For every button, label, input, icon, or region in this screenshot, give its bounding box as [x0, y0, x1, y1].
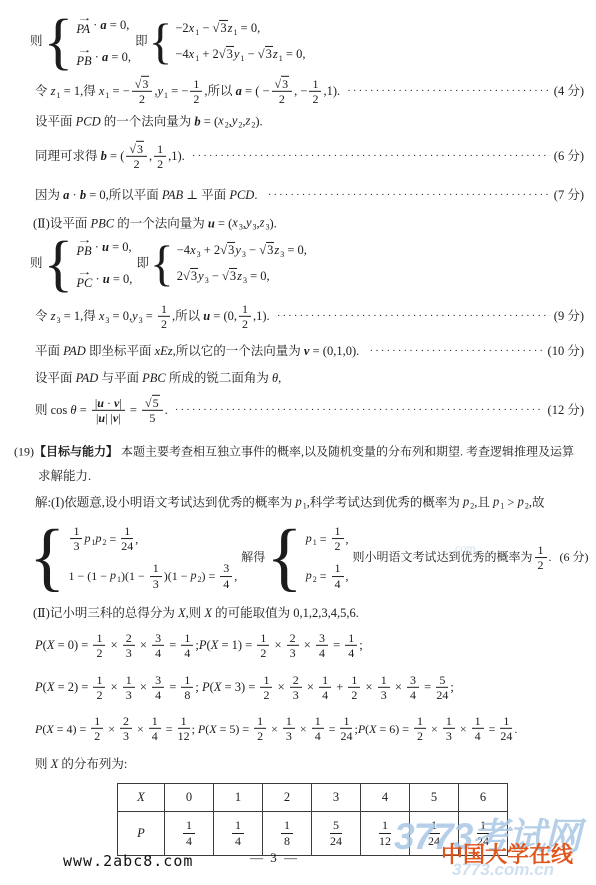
table-p-label: P: [118, 812, 165, 856]
fraction: 12: [254, 715, 266, 743]
text: ×: [301, 638, 314, 654]
text: 解:(Ⅰ)依题意,设小明语文考试达到优秀的概率为: [35, 495, 296, 511]
table-cell-x: 2: [263, 784, 312, 812]
page-number: — 3 —: [250, 850, 299, 866]
text: 则小明语文考试达到优秀的概率为: [350, 551, 533, 566]
text: = (: [215, 216, 232, 232]
sqrt: √3: [183, 269, 198, 285]
math-var: PBC: [142, 371, 166, 387]
text: ,科学考试达到优秀的概率为: [307, 495, 463, 511]
text: = 0,: [109, 309, 132, 325]
text: =: [486, 722, 499, 737]
text: (19): [14, 445, 34, 460]
math-var-sub: p1: [306, 531, 317, 548]
text: ).: [255, 114, 262, 130]
math-var: PBC: [90, 216, 114, 232]
vector-arrow: PB: [76, 237, 91, 260]
radicand: 3: [219, 20, 227, 35]
fraction: 12: [535, 544, 547, 572]
numerator: 1: [312, 715, 324, 729]
math-var: PCD: [229, 188, 254, 204]
text-line-l15: {13p1p2 = 124,1 − (1 − p1)(1 − 13)(1 − p…: [28, 520, 584, 596]
sqrt: √3: [220, 243, 235, 259]
text: ).: [270, 216, 277, 232]
text: =: [166, 638, 179, 654]
text: = 0,: [109, 240, 132, 256]
text: ,所以它的一个法向量为: [173, 344, 304, 360]
text-line-l9: 平面 PAD 即坐标平面 xEz,所以它的一个法向量为 v = (0,1,0).…: [35, 344, 584, 360]
fraction: 12: [190, 78, 202, 106]
numerator: √5: [142, 397, 163, 411]
radicand: 3: [229, 268, 237, 283]
bold-text: 【目标与能力】: [34, 445, 118, 460]
text: 平面: [35, 344, 63, 360]
math-var: xEz: [155, 344, 173, 360]
text: ×: [297, 722, 310, 737]
denominator: 2: [257, 729, 263, 743]
fraction: 23: [120, 715, 132, 743]
numerator: 1: [319, 674, 331, 688]
math-var-sub: z3: [237, 268, 247, 285]
denominator: 4: [235, 834, 241, 848]
math-var: P: [35, 722, 42, 737]
denominator: 3: [290, 646, 296, 660]
sqrt: √3: [222, 269, 237, 285]
fraction: 13: [443, 715, 455, 743]
fraction: 124: [477, 819, 489, 847]
vector-arrow: PB: [76, 47, 91, 70]
text-line-l1: 则{PA · a = 0,PB · a = 0, 即{−2x1 − √3z1 =…: [30, 11, 306, 73]
text: = 6) =: [377, 722, 413, 737]
table-cell-x: 1: [214, 784, 263, 812]
vector-var: u: [103, 272, 110, 288]
denominator: 2: [538, 558, 544, 572]
denominator: 4: [223, 577, 229, 591]
distribution-table-body: X0123456P141418524112124124: [118, 784, 508, 856]
text: 本题主要考查相互独立事件的概率,以及随机变量的分布列和期望. 考查逻辑推理及运算: [118, 445, 574, 460]
text: ×: [274, 680, 287, 696]
table-row-x: X0123456: [118, 784, 508, 812]
fraction: 12: [348, 674, 360, 702]
fraction: 124: [428, 819, 440, 847]
text: =: [326, 722, 339, 737]
sqrt: √5: [145, 397, 160, 410]
text: = 3) =: [221, 680, 258, 696]
sqrt: √3: [213, 21, 228, 37]
text: 因为: [35, 188, 63, 204]
text: ·: [92, 272, 102, 288]
numerator: 1: [158, 303, 170, 317]
numerator: 1: [340, 715, 352, 729]
text: 设平面: [35, 114, 76, 130]
text: 的分布列为:: [58, 757, 127, 773]
math-var-sub: z3: [274, 242, 284, 259]
numerator: 3: [316, 632, 328, 646]
fraction: 34: [152, 632, 164, 660]
numerator: 1: [91, 715, 103, 729]
table-cell-x: 6: [459, 784, 508, 812]
text: ,1).: [323, 84, 343, 100]
text: = 0,: [283, 47, 306, 63]
math-var-sub: x1: [189, 20, 200, 37]
text: ×: [105, 722, 118, 737]
denominator: 4: [155, 688, 161, 702]
math-var-sub: p2: [463, 495, 474, 512]
score-label: (6 分): [560, 551, 589, 566]
fraction: 34: [407, 674, 419, 702]
text: >: [504, 495, 517, 511]
text: ,1).: [168, 149, 188, 165]
denominator: 5: [149, 411, 155, 425]
score-label: (10 分): [548, 344, 584, 360]
numerator: √3: [132, 78, 153, 92]
math-var-sub: z1: [273, 46, 283, 63]
math-var-sub: x3: [99, 309, 110, 326]
sqrt: √3: [258, 47, 273, 63]
math-var: X: [369, 722, 376, 737]
math-var: PCD: [76, 114, 101, 130]
math-var-sub: x1: [99, 84, 110, 101]
text: 设平面: [35, 371, 76, 387]
denominator: 2: [279, 92, 285, 106]
text: .: [549, 551, 552, 566]
table-cell-p: 14: [214, 812, 263, 856]
table-row-p: P141418524112124124: [118, 812, 508, 856]
text: ×: [271, 638, 284, 654]
text: ,: [149, 149, 152, 165]
numerator: 1: [93, 674, 105, 688]
math-var: X: [204, 606, 212, 622]
denominator: 2: [193, 92, 199, 106]
text: ;: [359, 638, 362, 654]
text: 解得: [238, 551, 265, 566]
text: ⊥ 平面: [183, 188, 229, 204]
footer-site-url: www.2abc8.com: [63, 852, 193, 870]
fraction: 23: [123, 632, 135, 660]
text-line-l17: P(X = 0) = 12 × 23 × 34 = 14;P(X = 1) = …: [35, 632, 363, 660]
denominator: 12: [178, 729, 190, 743]
math-var: X: [46, 722, 53, 737]
vector-var: u: [102, 240, 109, 256]
dotted-leader: ········································…: [277, 310, 550, 324]
score-label: (9 分): [554, 309, 584, 325]
math-var: X: [51, 757, 59, 773]
table-cell-p: 112: [361, 812, 410, 856]
text: ,所以: [172, 309, 203, 325]
fraction: 13: [70, 525, 82, 553]
denominator: 4: [335, 577, 341, 591]
denominator: 3: [153, 577, 159, 591]
math-var-sub: z1: [51, 84, 61, 101]
fraction: 124: [500, 715, 512, 743]
radicand: 3: [265, 46, 273, 61]
text: 即: [132, 34, 148, 50]
text-line-l14: 解:(Ⅰ)依题意,设小明语文考试达到优秀的概率为 p1,科学考试达到优秀的概率为…: [35, 495, 544, 512]
table-cell-x: 5: [410, 784, 459, 812]
text: ,: [346, 532, 349, 547]
text: , −: [294, 84, 307, 100]
math-var-sub: z1: [228, 20, 238, 37]
vector-var: u: [98, 412, 105, 425]
fraction: 12: [154, 143, 166, 171]
numerator: 1: [332, 525, 344, 539]
denominator: 24: [436, 688, 448, 702]
numerator: 1: [348, 674, 360, 688]
text-line-l8: 令 z3 = 1,得 x3 = 0,y3 = 12,所以 u = (0,12,1…: [35, 303, 584, 331]
text-line-l7: 则{PB · u = 0,PC · u = 0, 即{−4x3 + 2√3y3 …: [30, 233, 308, 295]
text: 即: [133, 256, 149, 272]
dotted-leader: ········································…: [268, 189, 550, 203]
cases-rows: −4x3 + 2√3y3 − √3z3 = 0,2√3y3 − √3z3 = 0…: [177, 242, 307, 285]
math-var-sub: p1: [296, 495, 307, 512]
numerator: 1: [477, 819, 489, 833]
denominator: |u| |v|: [96, 411, 121, 425]
numerator: 1: [181, 674, 193, 688]
fraction: √32: [272, 78, 293, 106]
cases-brace-group: {p1 = 12,p2 = 14,: [266, 520, 348, 596]
cases-row: PB · u = 0,: [76, 237, 132, 260]
math-var-sub: y1: [234, 46, 245, 63]
numerator: 2: [123, 632, 135, 646]
denominator: 2: [312, 92, 318, 106]
text: =: [317, 532, 330, 547]
numerator: 2: [290, 674, 302, 688]
text: .: [254, 188, 263, 204]
denominator: 2: [263, 688, 269, 702]
text: = 1,得: [61, 84, 99, 100]
text: 则: [30, 34, 43, 50]
denominator: 24: [121, 539, 133, 553]
math-var-sub: p1: [493, 495, 504, 512]
text: = 0,: [108, 50, 131, 66]
numerator: √3: [126, 143, 147, 157]
denominator: 2: [139, 92, 145, 106]
math-var-sub: z3: [260, 216, 270, 233]
radicand: 3: [136, 141, 144, 156]
text: 1 − (1 −: [68, 569, 110, 584]
math-var-sub: x2: [218, 114, 229, 131]
text-line-l20: 则 X 的分布列为:: [35, 757, 127, 773]
text: =: [330, 638, 343, 654]
numerator: 1: [70, 525, 82, 539]
radicand: 5: [152, 395, 160, 410]
denominator: 4: [348, 646, 354, 660]
text: )(1 −: [164, 569, 191, 584]
numerator: 1: [121, 525, 133, 539]
math-var-sub: x3: [232, 216, 243, 233]
text: = (: [201, 114, 218, 130]
denominator: 3: [126, 688, 132, 702]
text: = 0,: [284, 243, 307, 259]
numerator: √3: [272, 78, 293, 92]
text: 求解能力.: [38, 469, 91, 485]
text: = −: [109, 84, 129, 100]
text: .: [514, 722, 517, 737]
dotted-leader: ········································…: [175, 404, 544, 418]
numerator: 1: [232, 819, 244, 833]
numerator: 1: [183, 819, 195, 833]
denominator: 8: [284, 834, 290, 848]
text: = 0,: [238, 21, 261, 37]
vector-var: u: [97, 397, 104, 410]
denominator: 3: [381, 688, 387, 702]
denominator: 2: [96, 646, 102, 660]
text: =: [127, 403, 140, 419]
fraction: 18: [181, 674, 193, 702]
numerator: 1: [414, 715, 426, 729]
vector-var: u: [208, 216, 215, 232]
denominator: 4: [315, 729, 321, 743]
fraction: 13: [123, 674, 135, 702]
text-line-l10: 设平面 PAD 与平面 PBC 所成的锐二面角为 θ,: [35, 371, 281, 387]
denominator: 2: [417, 729, 423, 743]
text: =: [143, 309, 156, 325]
math-var-sub: y3: [132, 309, 143, 326]
text: 同理可求得: [35, 149, 101, 165]
fraction: 23: [287, 632, 299, 660]
text: ·: [92, 50, 102, 66]
cases-rows: p1 = 12,p2 = 14,: [306, 525, 349, 591]
math-var-sub: x1: [189, 46, 200, 63]
table-cell-p: 124: [410, 812, 459, 856]
text: ×: [107, 680, 120, 696]
denominator: 4: [410, 688, 416, 702]
text: = (: [107, 149, 124, 165]
fraction: 34: [152, 674, 164, 702]
cases-brace-group: {PA · a = 0,PB · a = 0,: [44, 11, 131, 73]
text: −: [209, 269, 222, 285]
text: ,: [278, 371, 281, 387]
math-var-sub: p2: [518, 495, 529, 512]
text: = 1,得: [61, 309, 99, 325]
text: = 0,: [247, 269, 270, 285]
text: −4: [177, 243, 190, 259]
fraction: 14: [472, 715, 484, 743]
fraction: 14: [312, 715, 324, 743]
text: =: [106, 532, 119, 547]
math-var: P: [198, 722, 205, 737]
dotted-leader: ········································…: [192, 150, 550, 164]
text: ) =: [202, 569, 219, 584]
denominator: 2: [94, 729, 100, 743]
math-var-sub: y3: [246, 216, 257, 233]
fraction: 14: [181, 632, 193, 660]
fraction: √32: [126, 143, 147, 171]
numerator: 5: [436, 674, 448, 688]
vector-var: u: [203, 309, 210, 325]
denominator: 3: [446, 729, 452, 743]
fraction: 14: [232, 819, 244, 847]
left-brace: {: [149, 17, 173, 66]
cases-rows: PA · a = 0,PB · a = 0,: [76, 15, 131, 69]
math-var-sub: p2: [191, 568, 202, 585]
denominator: 24: [330, 834, 342, 848]
fraction: 14: [183, 819, 195, 847]
text: −: [244, 47, 257, 63]
text: −4: [175, 47, 188, 63]
numerator: 1: [283, 715, 295, 729]
numerator: 3: [152, 674, 164, 688]
math-var-sub: y3: [235, 242, 246, 259]
text: ,且: [474, 495, 493, 511]
math-var: P: [199, 638, 207, 654]
cases-row: PB · a = 0,: [76, 47, 131, 70]
fraction: 14: [332, 563, 344, 591]
fraction: 12: [414, 715, 426, 743]
text: ·: [104, 397, 114, 410]
cases-brace-group: {−4x3 + 2√3y3 − √3z3 = 0,2√3y3 − √3z3 = …: [150, 239, 307, 288]
numerator: 1: [154, 143, 166, 157]
fraction: 12: [309, 78, 321, 106]
table-cell-x: 3: [312, 784, 361, 812]
numerator: 1: [123, 674, 135, 688]
sqrt: √3: [135, 78, 150, 91]
radicand: 3: [226, 46, 234, 61]
text: 所成的锐二面角为: [166, 371, 272, 387]
score-label: (12 分): [548, 403, 584, 419]
text: −: [199, 21, 212, 37]
text: ,1).: [253, 309, 273, 325]
numerator: 1: [535, 544, 547, 558]
math-var: PAD: [76, 371, 99, 387]
numerator: 1: [281, 819, 293, 833]
text: ×: [107, 638, 120, 654]
text-line-l16: (Ⅱ)记小明三科的总得分为 X,则 X 的可能取值为 0,1,2,3,4,5,6…: [33, 606, 359, 622]
math-var-sub: z3: [51, 309, 61, 326]
table-cell-x: 4: [361, 784, 410, 812]
denominator: 4: [319, 646, 325, 660]
text: 则 cos: [35, 403, 70, 419]
text-line-l18: P(X = 2) = 12 × 13 × 34 = 18; P(X = 3) =…: [35, 674, 454, 702]
text: +: [333, 680, 346, 696]
denominator: 2: [161, 317, 167, 331]
sqrt: √3: [129, 143, 144, 156]
math-var: X: [209, 722, 216, 737]
text: ×: [304, 680, 317, 696]
cases-row: 2√3y3 − √3z3 = 0,: [177, 268, 307, 285]
text: = 0,: [107, 18, 130, 34]
left-brace: {: [29, 520, 65, 596]
fraction: 14: [149, 715, 161, 743]
text: ×: [428, 722, 441, 737]
math-var-sub: z2: [246, 114, 256, 131]
fraction: 12: [239, 303, 251, 331]
text: 令: [35, 84, 51, 100]
cases-row: 1 − (1 − p1)(1 − 13)(1 − p2) = 34,: [68, 563, 237, 591]
numerator: 3: [152, 632, 164, 646]
vector-arrow: PC: [76, 269, 92, 292]
text: =: [166, 680, 179, 696]
denominator: 3: [73, 539, 79, 553]
text: + 2: [199, 47, 219, 63]
numerator: 1: [443, 715, 455, 729]
numerator: 5: [330, 819, 342, 833]
text: = 4) =: [54, 722, 90, 737]
text: = 0,所以平面: [86, 188, 162, 204]
fraction: 524: [436, 674, 448, 702]
dotted-leader: ········································…: [347, 85, 550, 99]
radicand: 3: [281, 76, 289, 91]
denominator: 3: [286, 729, 292, 743]
denominator: 4: [186, 834, 192, 848]
text: = 0) =: [54, 638, 91, 654]
math-var: X: [178, 606, 186, 622]
numerator: 3: [407, 674, 419, 688]
text-line-l5: 因为 a · b = 0,所以平面 PAB ⊥ 平面 PCD. ········…: [35, 188, 584, 204]
watermark-3773-url: 3773.com.cn: [452, 860, 554, 880]
math-var: X: [47, 680, 55, 696]
text: 的可能取值为 0,1,2,3,4,5,6.: [212, 606, 359, 622]
